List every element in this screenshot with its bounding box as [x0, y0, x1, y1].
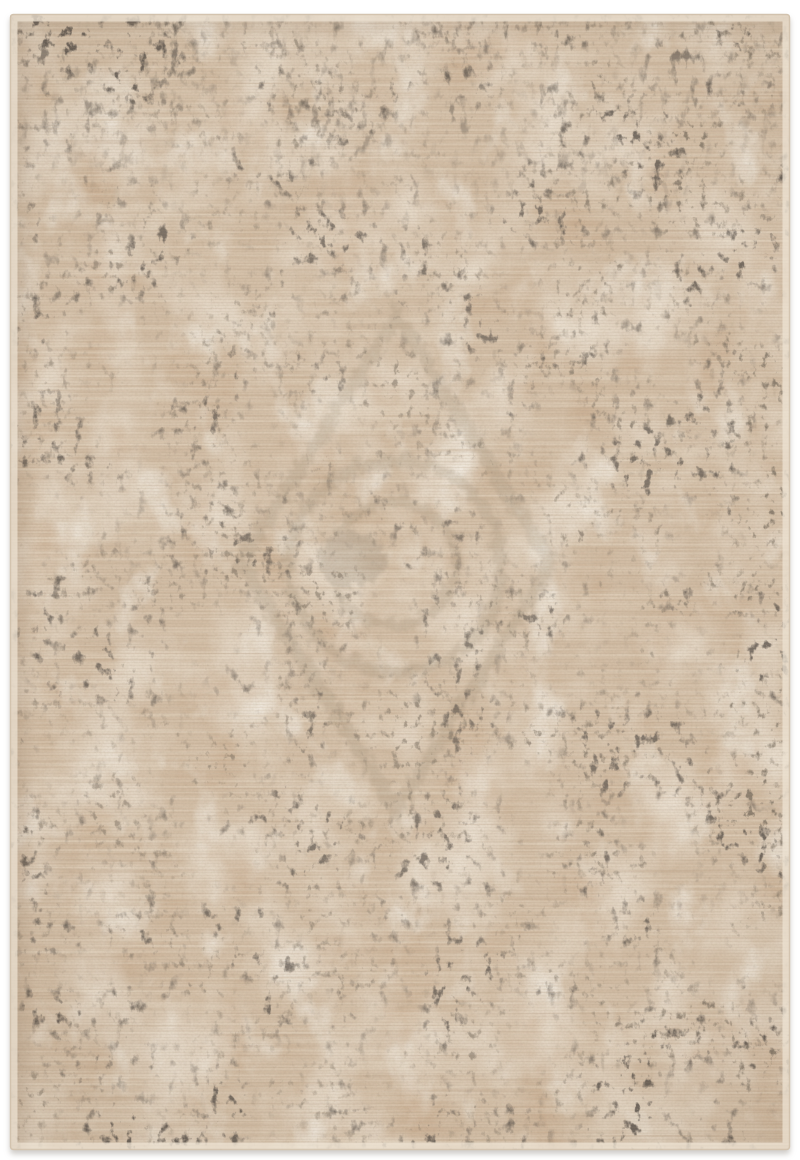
rug-texture [10, 14, 790, 1150]
rug-vignette [10, 14, 790, 1150]
rug-photo [0, 0, 800, 1160]
rug-illustration [0, 0, 800, 1160]
